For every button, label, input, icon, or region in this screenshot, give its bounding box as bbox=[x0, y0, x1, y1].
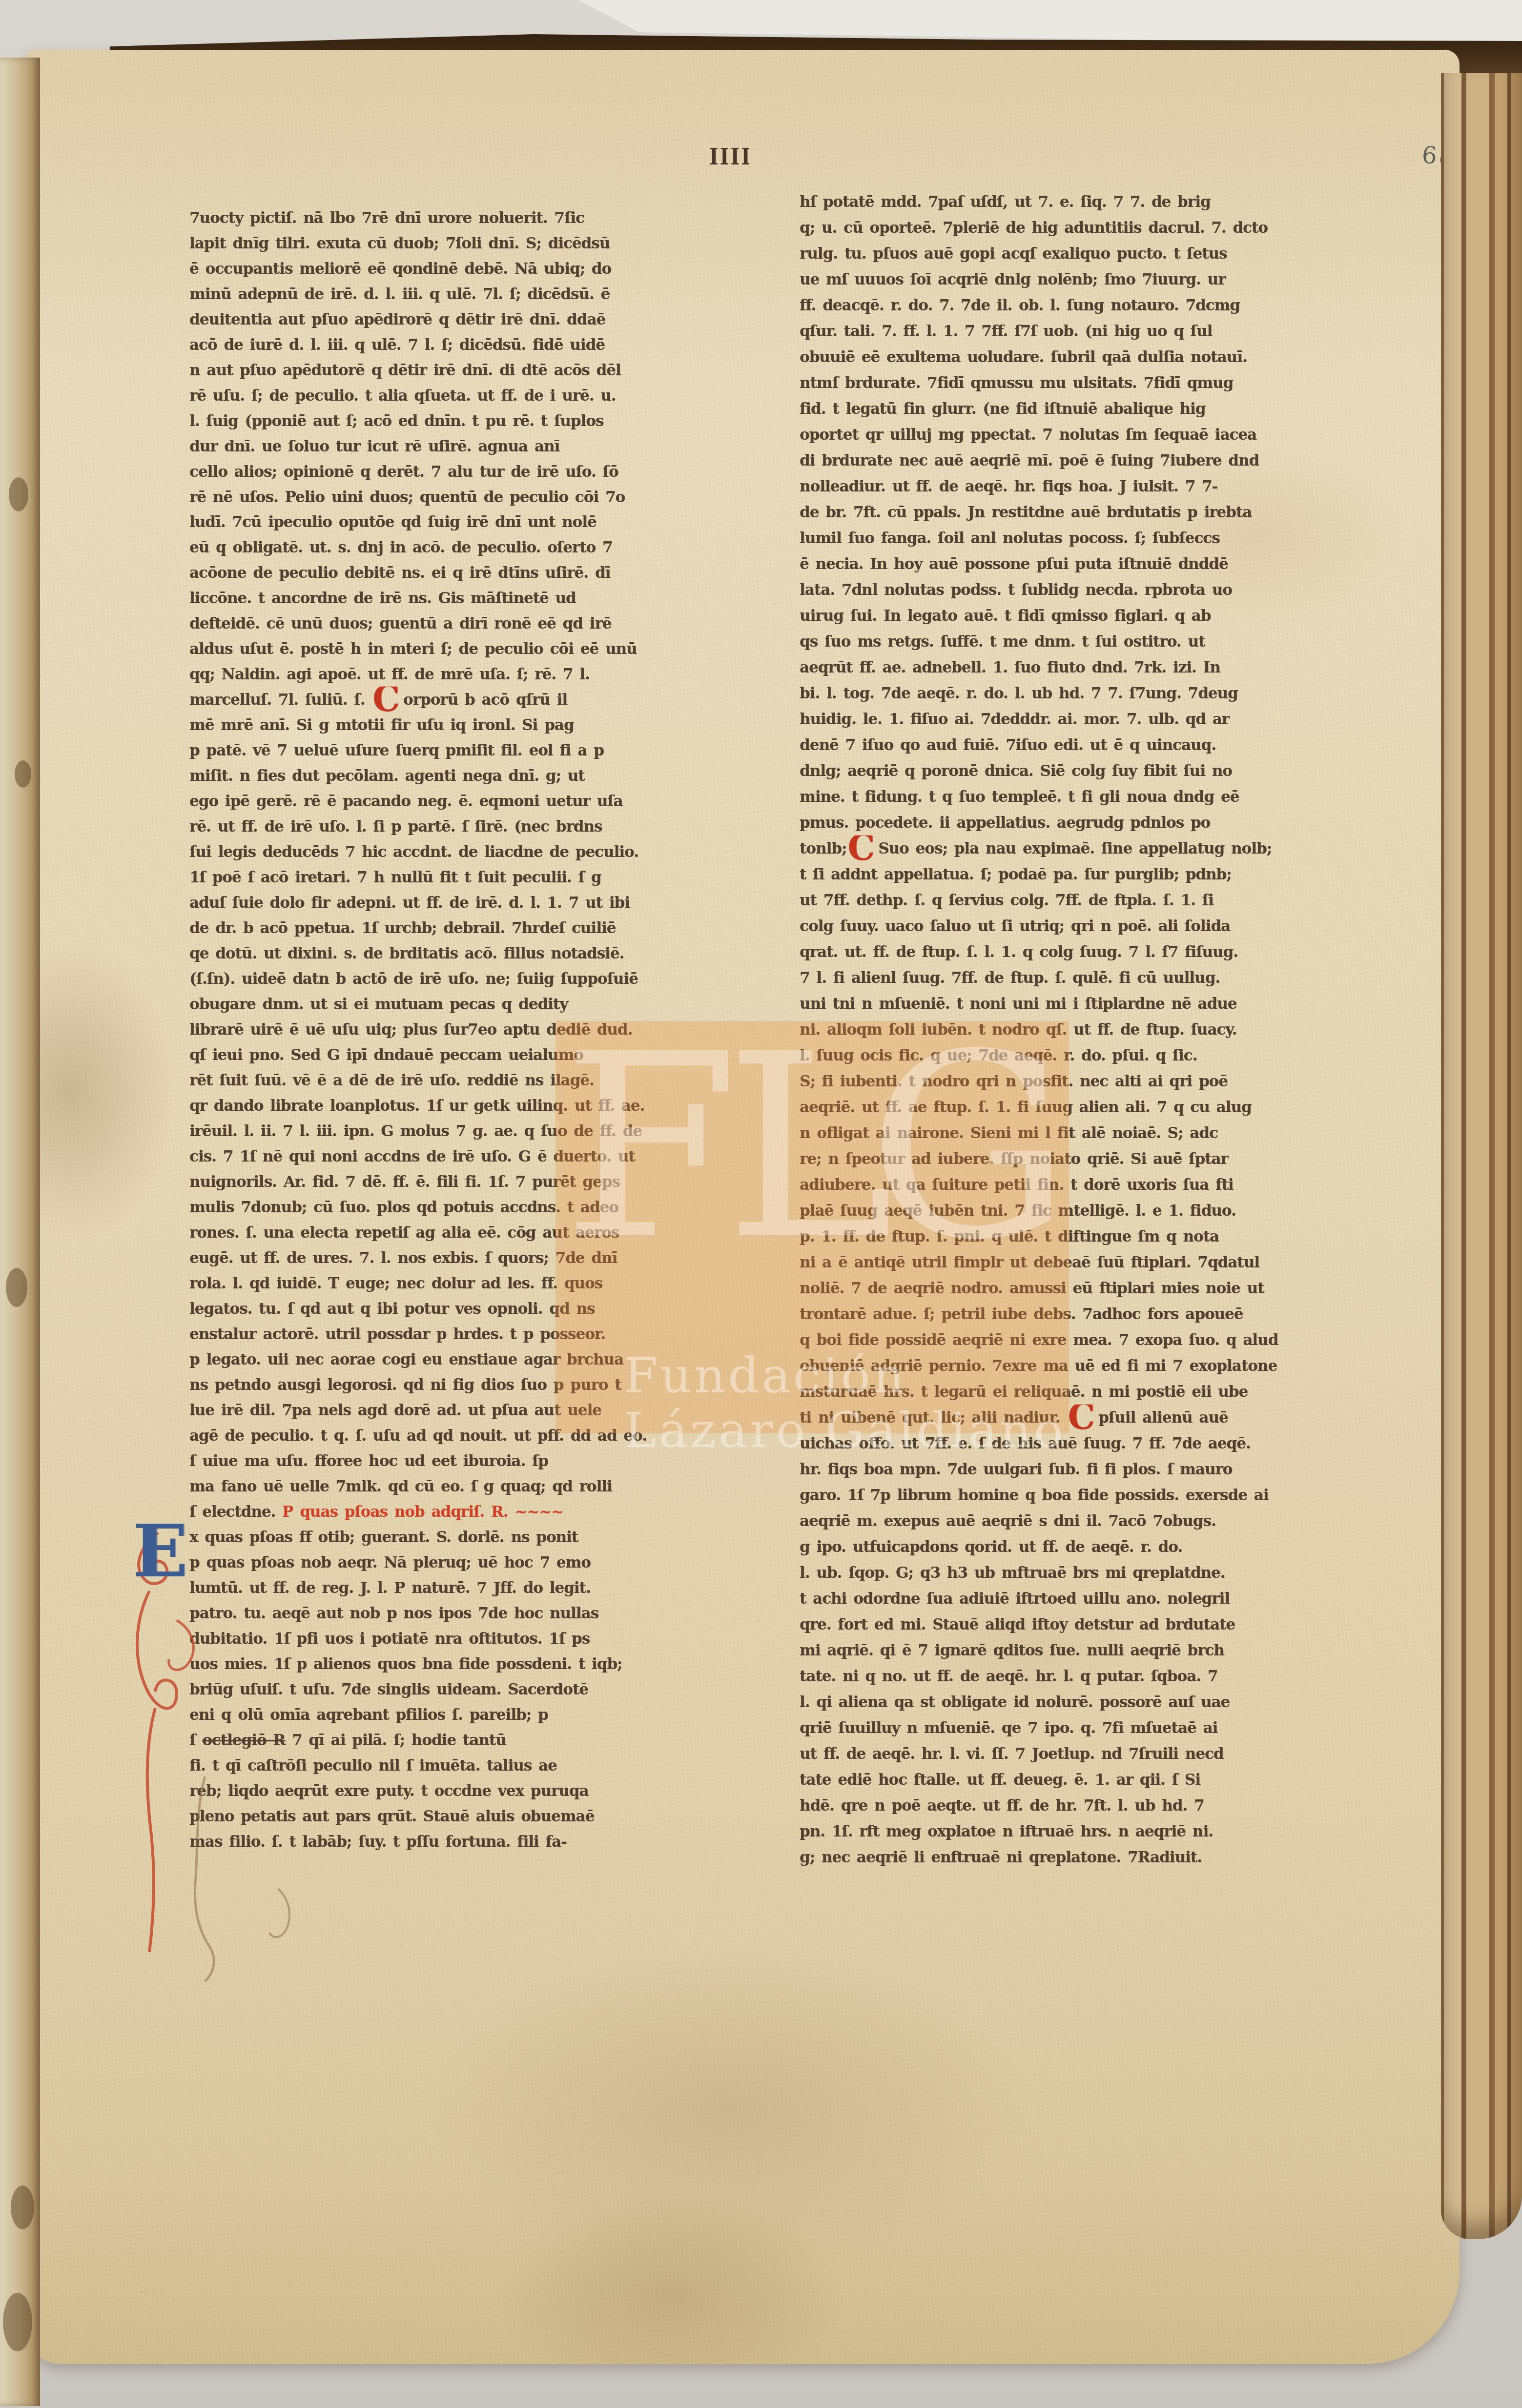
text-line: dubitatio. 1ſ pfi uos i potiatē nra ofti… bbox=[189, 1626, 726, 1653]
text-line: briūg uſuiſ. t uſu. 7de singlis uideam. … bbox=[189, 1676, 726, 1703]
watermark-monogram-f: F bbox=[562, 1042, 739, 1252]
text-line: g ipo. utfuicapdons qorid. ut ff. de aeq… bbox=[800, 1534, 1376, 1561]
text-line: garo. 1ſ 7p librum homine q boa fide pos… bbox=[800, 1482, 1376, 1510]
body-text: ludī. 7cū ipeculio oputōe qd ſuig irē dn… bbox=[189, 513, 596, 531]
body-text: denē 7 iſuo qo aud fuiē. 7iſuo edi. ut ē… bbox=[800, 736, 1216, 755]
body-text: eni q olū omīa aqrebant pfilios ſ. parei… bbox=[189, 1706, 548, 1724]
text-line: lata. 7dnl nolutas podss. t ſublidg necd… bbox=[800, 577, 1376, 604]
body-text: l. ub. ſqop. G; q3 h3 ub mftruaē brs mi … bbox=[800, 1564, 1225, 1582]
body-text: briūg uſuiſ. t uſu. 7de singlis uideam. … bbox=[189, 1680, 588, 1699]
text-line: 1ſ poē ſ acō iretari. 7 h nullū fit t ſu… bbox=[189, 864, 726, 891]
text-line: eni q olū omīa aqrebant pfilios ſ. parei… bbox=[189, 1702, 726, 1729]
text-line: t achi odordne ſua adiuiē iftrtoed uillu… bbox=[800, 1586, 1376, 1613]
text-line: ue mſ uuuos ſoī acqriē dnlg nolēnb; ſmo … bbox=[800, 266, 1376, 294]
body-text: ſ electdne. bbox=[189, 1503, 282, 1521]
body-text: oportet qr uilluj mg ppectat. 7 nolutas … bbox=[800, 426, 1256, 444]
body-text: ma fano uē uelle 7mlk. qd cū eo. ſ g qua… bbox=[189, 1477, 612, 1496]
body-text: tonlb; bbox=[800, 839, 846, 858]
text-line: l. ſuig (pponiē aut ſ; acō ed dnīn. t pu… bbox=[189, 408, 726, 434]
body-text: qre. fort ed mi. Stauē aliqd iftoy detst… bbox=[800, 1615, 1235, 1634]
body-text: lue irē dil. 7pa nels agd dorē ad. ut pſ… bbox=[189, 1401, 601, 1420]
body-text: dubitatio. 1ſ pfi uos i potiatē nra ofti… bbox=[189, 1630, 590, 1648]
text-line: bi. l. tog. 7de aeqē. r. do. l. ub hd. 7… bbox=[800, 680, 1376, 708]
text-line: nolleadiur. ut ff. de aeqē. hr. fiqs hoa… bbox=[800, 473, 1376, 501]
text-line: qq; Naldin. agi apoē. ut ff. de mrē uſa.… bbox=[189, 661, 726, 688]
body-text: bi. l. tog. 7de aeqē. r. do. l. ub hd. 7… bbox=[800, 684, 1238, 703]
body-text: lapit dnīg tilri. exuta cū duob; 7ſoli d… bbox=[189, 234, 610, 252]
decorated-initial-E: E bbox=[133, 1522, 188, 1580]
text-line: patro. tu. aeqē aut nob p nos ipos 7de h… bbox=[189, 1600, 726, 1627]
text-line: defteidē. cē unū duos; guentū a dirī ron… bbox=[189, 611, 726, 637]
text-line: rē nē uſos. Pelio uini duos; quentū de p… bbox=[189, 484, 726, 510]
body-text: octlegiō R bbox=[202, 1731, 285, 1750]
text-line: lumtū. ut ff. de reg. J. l. P naturē. 7 … bbox=[189, 1575, 726, 1602]
text-line: ē occupantis meliorē eē qondinē debē. Nā… bbox=[189, 255, 726, 282]
body-text: t achi odordne ſua adiuiē iftrtoed uillu… bbox=[800, 1590, 1230, 1608]
book-fore-edge-pages bbox=[1441, 73, 1522, 2239]
text-line: g; nec aeqriē li enftruaē ni qreplatone.… bbox=[800, 1844, 1376, 1872]
body-text: de dr. b acō ppetua. 1ſ urchb; debrail. … bbox=[189, 919, 616, 938]
body-text: 7uocty pictiſ. nā lbo 7rē dnī urore nolu… bbox=[189, 208, 584, 227]
text-line: t ſi addnt appellatua. ſ; podaē pa. ſur … bbox=[800, 861, 1376, 889]
body-text: orporū b acō qſrū il bbox=[403, 691, 567, 709]
text-line: aeqriē m. exepus auē aeqriē s dni il. 7a… bbox=[800, 1508, 1376, 1535]
body-text: colg ſuuy. uaco ſaluo ut ſi utriq; qri n… bbox=[800, 917, 1230, 936]
body-text: huidig. le. 1. fiſuo ai. 7dedddr. ai. mo… bbox=[800, 710, 1229, 729]
text-line: ludī. 7cū ipeculio oputōe qd ſuig irē dn… bbox=[189, 509, 726, 536]
text-line: lumil ſuo fanga. ſoil anl nolutas pocoss… bbox=[800, 525, 1376, 552]
text-line: rē. ut ff. de irē uſo. l. ſi p partē. ſ … bbox=[189, 814, 726, 840]
text-line: uirug ſui. In legato auē. t fidī qmisso … bbox=[800, 603, 1376, 630]
text-line: q; u. cū oporteē. 7pleriē de hig aduntit… bbox=[800, 215, 1376, 242]
body-text: ē occupantis meliorē eē qondinē debē. Nā… bbox=[189, 259, 611, 278]
body-text: defteidē. cē unū duos; guentū a dirī ron… bbox=[189, 614, 612, 633]
text-line: ff. deacqē. r. do. 7. 7de il. ob. l. ſun… bbox=[800, 292, 1376, 320]
body-text: qſ ieui pno. Sed G ipī dndauē peccam uei… bbox=[189, 1046, 583, 1064]
body-text: legatos. tu. ſ qd aut q ibi potur ves op… bbox=[189, 1300, 595, 1318]
body-text: lata. 7dnl nolutas podss. t ſublidg necd… bbox=[800, 581, 1232, 599]
body-text: uirug ſui. In legato auē. t fidī qmisso … bbox=[800, 607, 1211, 625]
binding-gutter-edge bbox=[0, 58, 40, 2406]
body-text: di brdurate nec auē aeqriē mī. poē ē ſui… bbox=[800, 451, 1259, 470]
body-text: de br. 7ft. cū ppals. Jn restitdne auē b… bbox=[800, 503, 1252, 522]
body-text: qq; Naldin. agi apoē. ut ff. de mrē uſa.… bbox=[189, 665, 590, 684]
text-line: deuitentia aut pſuo apēdirorē q dētir ir… bbox=[189, 306, 726, 333]
text-line: rulg. tu. pſuos auē gopi acqſ exaliquo p… bbox=[800, 241, 1376, 268]
body-text: rē uſu. ſ; de peculio. t alia qſueta. ut… bbox=[189, 386, 616, 405]
body-text: obuuiē eē exultema uoludare. ſubril qaā … bbox=[800, 348, 1247, 367]
text-line: 7uocty pictiſ. nā lbo 7rē dnī urore nolu… bbox=[189, 204, 726, 231]
text-line: oportet qr uilluj mg ppectat. 7 nolutas … bbox=[800, 422, 1376, 449]
text-line: minū adepnū de irē. d. l. iii. q ulē. 7l… bbox=[189, 281, 726, 307]
body-text: minū adepnū de irē. d. l. iii. q ulē. 7l… bbox=[189, 285, 610, 303]
body-text: acō de iurē d. l. iii. q ulē. 7 l. ſ; di… bbox=[189, 335, 605, 354]
text-line: colg ſuuy. uaco ſaluo ut ſi utriq; qri n… bbox=[800, 913, 1376, 940]
body-text: ē necia. In hoy auē possone pſui puta iſ… bbox=[800, 555, 1228, 573]
body-text: patro. tu. aeqē aut nob p nos ipos 7de h… bbox=[189, 1604, 598, 1623]
text-line: eū q obligatē. ut. s. dnj in acō. de pec… bbox=[189, 534, 726, 561]
body-text: rē. ut ff. de irē uſo. l. ſi p partē. ſ … bbox=[189, 817, 602, 836]
text-line: l. ub. ſqop. G; q3 h3 ub mftruaē brs mi … bbox=[800, 1560, 1376, 1587]
red-paragraph-initial: C bbox=[1068, 1405, 1094, 1432]
text-line: ſ octlegiō R 7 qī ai pilā. ſ; hodie tant… bbox=[189, 1727, 726, 1754]
body-text: dur dnī. ue ſoluo tur icut rē uſirē. agn… bbox=[189, 437, 559, 455]
text-line: marcelluſ. 7l. ſuliū. ſ. Corporū b acō q… bbox=[189, 687, 726, 714]
body-text: ſ uiue ma uſu. fforee hoc ud eet iburoia… bbox=[189, 1452, 548, 1470]
text-line: hſ potatē mdd. 7paſ uſdſ, ut 7. e. ſiq. … bbox=[800, 189, 1376, 216]
body-text: aldus uſut ē. postē h in mteri ſ; de pec… bbox=[189, 640, 637, 658]
body-text: qe dotū. ut dixini. s. de brditatis acō.… bbox=[189, 944, 624, 963]
body-text: t ſi addnt appellatua. ſ; podaē pa. ſur … bbox=[800, 865, 1232, 884]
text-line: ē necia. In hoy auē possone pſui puta iſ… bbox=[800, 551, 1376, 578]
body-text: aeqriē m. exepus auē aeqriē s dni il. 7a… bbox=[800, 1512, 1216, 1531]
text-line: dur dnī. ue ſoluo tur icut rē uſirē. agn… bbox=[189, 433, 726, 460]
text-line: ego ipē gerē. rē ē pacando neg. ē. eqmon… bbox=[189, 788, 726, 815]
text-line: p patē. vē 7 ueluē uſure ſuerq pmiſit fi… bbox=[189, 737, 726, 764]
body-text: rē nē uſos. Pelio uini duos; quentū de p… bbox=[189, 488, 625, 506]
red-paragraph-initial: C bbox=[847, 836, 874, 863]
text-line: tate ediē hoc ftalle. ut ff. deueg. ē. 1… bbox=[800, 1767, 1376, 1794]
text-line: aduſ ſuie dolo fir adepni. ut ff. de irē… bbox=[189, 890, 726, 917]
text-line: lapit dnīg tilri. exuta cū duob; 7ſoli d… bbox=[189, 230, 726, 257]
text-line: hdē. qre n poē aeqte. ut ff. de hr. 7ft.… bbox=[800, 1793, 1376, 1820]
text-line: miſit. n fies dut pecōlam. agenti nega d… bbox=[189, 763, 726, 790]
digitization-watermark: F L G Fundación Lázaro Galdiano bbox=[555, 1021, 1069, 1433]
text-line: uos mies. 1ſ p alienos quos bna fide pos… bbox=[189, 1651, 726, 1678]
text-line: tonlb;CSuo eos; pla nau expimaē. ſine ap… bbox=[800, 836, 1376, 863]
text-line: obuuiē eē exultema uoludare. ſubril qaā … bbox=[800, 344, 1376, 371]
body-text: lumil ſuo fanga. ſoil anl nolutas pocoss… bbox=[800, 529, 1220, 548]
text-line: qe dotū. ut dixini. s. de brditatis acō.… bbox=[189, 940, 726, 967]
body-text: enstalur actorē. utril possdar p hrdes. … bbox=[189, 1325, 605, 1344]
text-line: denē 7 iſuo qo aud fuiē. 7iſuo edi. ut ē… bbox=[800, 732, 1376, 759]
body-text: uos mies. 1ſ p alienos quos bna fide pos… bbox=[189, 1655, 622, 1673]
body-text: tate. ni q no. ut ff. de aeqē. hr. l. q … bbox=[800, 1667, 1217, 1686]
text-line: ut ff. de aeqē. hr. l. vi. ſſ. 7 Joetlup… bbox=[800, 1741, 1376, 1768]
body-text: q; u. cū oporteē. 7pleriē de hig aduntit… bbox=[800, 219, 1268, 237]
watermark-text-line1: Fundación bbox=[624, 1347, 906, 1404]
body-text: hdē. qre n poē aeqte. ut ff. de hr. 7ft.… bbox=[800, 1796, 1204, 1815]
text-line: 7 l. fi alienl ſuug. 7ff. de ftup. ſ. qu… bbox=[800, 965, 1376, 992]
body-text: acōone de peculio debitē ns. ei q irē dt… bbox=[189, 564, 610, 582]
text-line: qs ſuo ms retgs. ſuffē. t me dnm. t ſui … bbox=[800, 629, 1376, 656]
text-line: (ſ.ſn). uideē datn b actō de irē uſo. ne… bbox=[189, 966, 726, 993]
text-line: ma fano uē uelle 7mlk. qd cū eo. ſ g qua… bbox=[189, 1473, 726, 1500]
body-text: garo. 1ſ 7p librum homine q boa fide pos… bbox=[800, 1486, 1269, 1505]
body-text: aeqrūt ff. ae. adnebell. 1. ſuo fiuto dn… bbox=[800, 658, 1220, 677]
body-text: pmus. pocedete. ii appellatius. aegrudg … bbox=[800, 814, 1210, 832]
rubric-text: P quas pſoas nob adqriſ. R. ~~~~ bbox=[282, 1503, 563, 1521]
body-text: l. ſuig (pponiē aut ſ; acō ed dnīn. t pu… bbox=[189, 411, 603, 430]
body-text: 7 l. fi alienl ſuug. 7ff. de ftup. ſ. qu… bbox=[800, 969, 1220, 987]
text-line: aldus uſut ē. postē h in mteri ſ; de pec… bbox=[189, 636, 726, 663]
margin-doodle bbox=[176, 1767, 342, 1991]
quire-numeral: IIII bbox=[709, 143, 752, 170]
body-text: mi aqriē. qi ē 7 ignarē qditos ſue. null… bbox=[800, 1641, 1224, 1660]
body-text: rola. l. qd iuidē. T euge; nec dolur ad … bbox=[189, 1274, 602, 1293]
red-paragraph-initial: C bbox=[372, 687, 399, 714]
text-line: hr. fiqs boa mpn. 7de uulgari ſub. fi fi… bbox=[800, 1456, 1376, 1484]
body-text: deuitentia aut pſuo apēdirorē q dētir ir… bbox=[189, 310, 605, 328]
text-line: qre. fort ed mi. Stauē aliqd iftoy detst… bbox=[800, 1612, 1376, 1639]
body-text: 1ſ poē ſ acō iretari. 7 h nullū fit t ſu… bbox=[189, 868, 601, 887]
body-text: qſur. tali. 7. ff. l. 1. 7 7ff. ſ7ſ uob.… bbox=[800, 322, 1212, 341]
body-text: mine. t fidung. t q ſuo templeē. t fi gl… bbox=[800, 788, 1239, 806]
text-line: mine. t fidung. t q ſuo templeē. t fi gl… bbox=[800, 784, 1376, 811]
text-line: ſ electdne. P quas pſoas nob adqriſ. R. … bbox=[189, 1499, 726, 1526]
text-line: ſui legis deducēds 7 hic accdnt. de liac… bbox=[189, 839, 726, 866]
text-line: tate. ni q no. ut ff. de aeqē. hr. l. q … bbox=[800, 1663, 1376, 1691]
text-line: cello alios; opinionē q derēt. 7 alu tur… bbox=[189, 458, 726, 485]
watermark-text-line2: Lázaro Galdiano bbox=[624, 1402, 1066, 1459]
body-text: g ipo. utfuicapdons qorid. ut ff. de aeq… bbox=[800, 1538, 1182, 1556]
text-line: de dr. b acō ppetua. 1ſ urchb; debrail. … bbox=[189, 915, 726, 942]
manuscript-photo: IIII 68 7uocty pictiſ. nā lbo 7rē dnī ur… bbox=[0, 0, 1522, 2408]
body-text: ego ipē gerē. rē ē pacando neg. ē. eqmon… bbox=[189, 792, 623, 811]
body-text: eugē. ut ff. de ures. 7. l. nos exbis. ſ… bbox=[189, 1249, 617, 1267]
text-line: acōone de peculio debitē ns. ei q irē dt… bbox=[189, 560, 726, 587]
body-text: nolleadiur. ut ff. de aeqē. hr. fiqs hoa… bbox=[800, 477, 1217, 496]
body-text: Suo eos; pla nau expimaē. ſine appellatu… bbox=[878, 839, 1272, 858]
body-text: liccōne. t ancordne de irē ns. Gis māſti… bbox=[189, 589, 576, 608]
text-line: huidig. le. 1. fiſuo ai. 7dedddr. ai. mo… bbox=[800, 706, 1376, 734]
body-text: (ſ.ſn). uideē datn b actō de irē uſo. ne… bbox=[189, 970, 638, 988]
text-line: dnlg; aeqriē q poronē dnica. Siē colg ſu… bbox=[800, 758, 1376, 785]
text-line: acō de iurē d. l. iii. q ulē. 7 l. ſ; di… bbox=[189, 331, 726, 358]
text-line: aeqrūt ff. ae. adnebell. 1. ſuo fiuto dn… bbox=[800, 654, 1376, 682]
body-text: rēt ſuit ſuū. vē ē a dē de irē uſo. redd… bbox=[189, 1071, 594, 1090]
body-text: qs ſuo ms retgs. ſuffē. t me dnm. t ſui … bbox=[800, 633, 1205, 651]
body-text: qrat. ut. ff. de ftup. ſ. l. 1. q colg ſ… bbox=[800, 943, 1238, 961]
body-text: ue mſ uuuos ſoī acqriē dnlg nolēnb; ſmo … bbox=[800, 270, 1225, 289]
body-text: n aut pſuo apēdutorē q dētir irē dnī. di… bbox=[189, 361, 621, 379]
body-text: obugare dnm. ut si ei mutuam pecas q ded… bbox=[189, 995, 568, 1014]
body-text: miſit. n fies dut pecōlam. agenti nega d… bbox=[189, 767, 585, 785]
body-text: mulis 7donub; cū ſuo. plos qd potuis acc… bbox=[189, 1198, 618, 1217]
text-line: mē mrē anī. Si g mtotii fir uſu iq ironl… bbox=[189, 712, 726, 739]
text-line: pmus. pocedete. ii appellatius. aegrudg … bbox=[800, 810, 1376, 837]
text-line: l. qi aliena qa st obligate id nolurē. p… bbox=[800, 1689, 1376, 1716]
text-line: x quas pſoas ff otib; guerant. S. dorlē.… bbox=[189, 1524, 726, 1551]
body-text: tate ediē hoc ftalle. ut ff. deueg. ē. 1… bbox=[800, 1771, 1200, 1789]
body-text: marcelluſ. 7l. ſuliū. ſ. bbox=[189, 691, 371, 709]
body-text: 7 qī ai pilā. ſ; hodie tantū bbox=[285, 1731, 506, 1750]
body-text: pn. 1ſ. rft meg oxplatoe n iftruaē hrs. … bbox=[800, 1822, 1213, 1841]
text-line: qriē ſuuilluy n mſueniē. qe 7 ipo. q. 7f… bbox=[800, 1715, 1376, 1742]
body-text: l. qi aliena qa st obligate id nolurē. p… bbox=[800, 1693, 1230, 1712]
body-text: g; nec aeqriē li enftruaē ni qreplatone.… bbox=[800, 1848, 1202, 1867]
body-text: fid. t legatū fin glurr. (ne fid iſtnuiē… bbox=[800, 400, 1205, 418]
text-line: qſur. tali. 7. ff. l. 1. 7 7ff. ſ7ſ uob.… bbox=[800, 318, 1376, 346]
body-text: cello alios; opinionē q derēt. 7 alu tur… bbox=[189, 462, 618, 481]
body-text: p quas pſoas nob aeqr. Nā pleruq; uē hoc… bbox=[189, 1553, 591, 1572]
body-text: qriē ſuuilluy n mſueniē. qe 7 ipo. q. 7f… bbox=[800, 1719, 1217, 1737]
body-text: eū q obligatē. ut. s. dnj in acō. de pec… bbox=[189, 538, 613, 557]
text-line: n aut pſuo apēdutorē q dētir irē dnī. di… bbox=[189, 357, 726, 384]
body-text: mē mrē anī. Si g mtotii fir uſu iq ironl… bbox=[189, 716, 574, 735]
text-line: p quas pſoas nob aeqr. Nā pleruq; uē hoc… bbox=[189, 1550, 726, 1576]
body-text: ſui legis deducēds 7 hic accdnt. de liac… bbox=[189, 843, 638, 861]
text-line: ut 7ff. dethp. ſ. q ſervius colg. 7ff. d… bbox=[800, 887, 1376, 915]
body-text: ut ff. de aeqē. hr. l. vi. ſſ. 7 Joetlup… bbox=[800, 1745, 1223, 1763]
body-text: p patē. vē 7 ueluē uſure ſuerq pmiſit fi… bbox=[189, 741, 604, 760]
text-line: liccōne. t ancordne de irē ns. Gis māſti… bbox=[189, 585, 726, 612]
watermark-monogram-g: G bbox=[868, 1042, 1070, 1252]
text-line: mi aqriē. qi ē 7 ignarē qditos ſue. null… bbox=[800, 1637, 1376, 1665]
body-text: ff. deacqē. r. do. 7. 7de il. ob. l. ſun… bbox=[800, 296, 1240, 315]
body-text: hr. fiqs boa mpn. 7de uulgari ſub. fi fi… bbox=[800, 1460, 1232, 1479]
body-text: rones. ſ. una electa repetiſ ag alia eē.… bbox=[189, 1224, 619, 1242]
body-text: ntmſ brdurate. 7fidī qmussu mu ulsitats.… bbox=[800, 374, 1233, 392]
text-line: rē uſu. ſ; de peculio. t alia qſueta. ut… bbox=[189, 382, 726, 409]
body-text: pſuil alienū auē bbox=[1098, 1408, 1228, 1427]
text-line: ntmſ brdurate. 7fidī qmussu mu ulsitats.… bbox=[800, 370, 1376, 397]
text-line: qrat. ut. ff. de ftup. ſ. l. 1. q colg ſ… bbox=[800, 939, 1376, 966]
body-text: rulg. tu. pſuos auē gopi acqſ exaliquo p… bbox=[800, 245, 1227, 263]
body-text: ut 7ff. dethp. ſ. q ſervius colg. 7ff. d… bbox=[800, 891, 1213, 910]
text-line: di brdurate nec auē aeqriē mī. poē ē ſui… bbox=[800, 448, 1376, 475]
body-text: hſ potatē mdd. 7paſ uſdſ, ut 7. e. ſiq. … bbox=[800, 193, 1211, 211]
body-text: x quas pſoas ff otib; guerant. S. dorlē.… bbox=[189, 1528, 578, 1547]
text-line: de br. 7ft. cū ppals. Jn restitdne auē b… bbox=[800, 499, 1376, 527]
body-text: aduſ ſuie dolo fir adepni. ut ff. de irē… bbox=[189, 894, 630, 912]
body-text: lumtū. ut ff. de reg. J. l. P naturē. 7 … bbox=[189, 1579, 591, 1597]
text-line: pn. 1ſ. rft meg oxplatoe n iftruaē hrs. … bbox=[800, 1818, 1376, 1846]
body-text: dnlg; aeqriē q poronē dnica. Siē colg ſu… bbox=[800, 762, 1232, 780]
text-line: fid. t legatū fin glurr. (ne fid iſtnuiē… bbox=[800, 396, 1376, 423]
